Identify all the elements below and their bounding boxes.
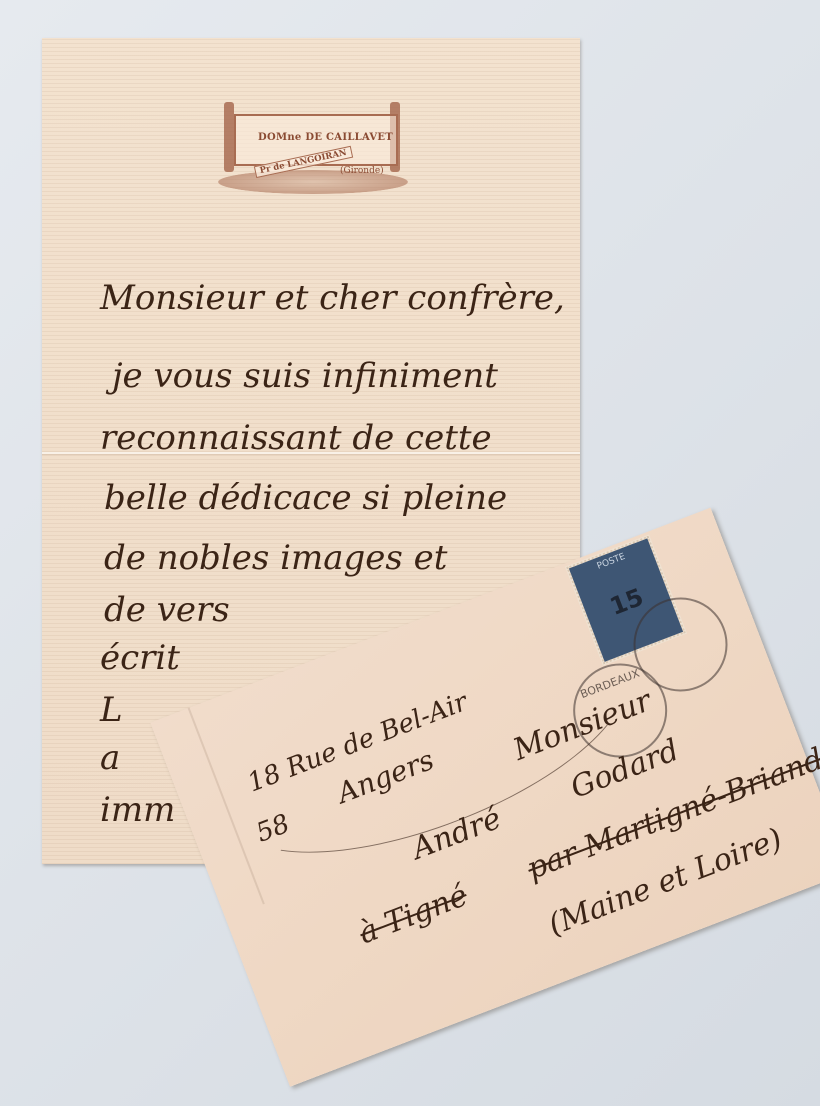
letter-line: reconnaissant de cette bbox=[100, 418, 492, 458]
letter-line: L bbox=[100, 690, 123, 730]
letterhead-estate-name: DOMne DE CAILLAVET bbox=[258, 132, 393, 143]
letterhead-sign-board: DOMne DE CAILLAVET Pr de LANGOIRAN (Giro… bbox=[234, 114, 398, 166]
letter-line: je vous suis infiniment bbox=[112, 356, 498, 396]
letter-line: de vers bbox=[104, 590, 230, 630]
letter-line: belle dédicace si pleine bbox=[104, 478, 507, 518]
letter-line-salutation: Monsieur et cher confrère, bbox=[100, 278, 565, 318]
letterhead-left-post bbox=[224, 102, 234, 172]
letter-line: a bbox=[100, 738, 120, 778]
letterhead-vignette: DOMne DE CAILLAVET Pr de LANGOIRAN (Giro… bbox=[218, 96, 408, 206]
letter-line: écrit bbox=[100, 638, 180, 678]
letter-line: de nobles images et bbox=[104, 538, 447, 578]
letterhead-region: (Gironde) bbox=[340, 166, 384, 176]
address-place-crossed-out: à Tigné bbox=[354, 878, 472, 951]
letter-line: imm bbox=[100, 790, 175, 830]
